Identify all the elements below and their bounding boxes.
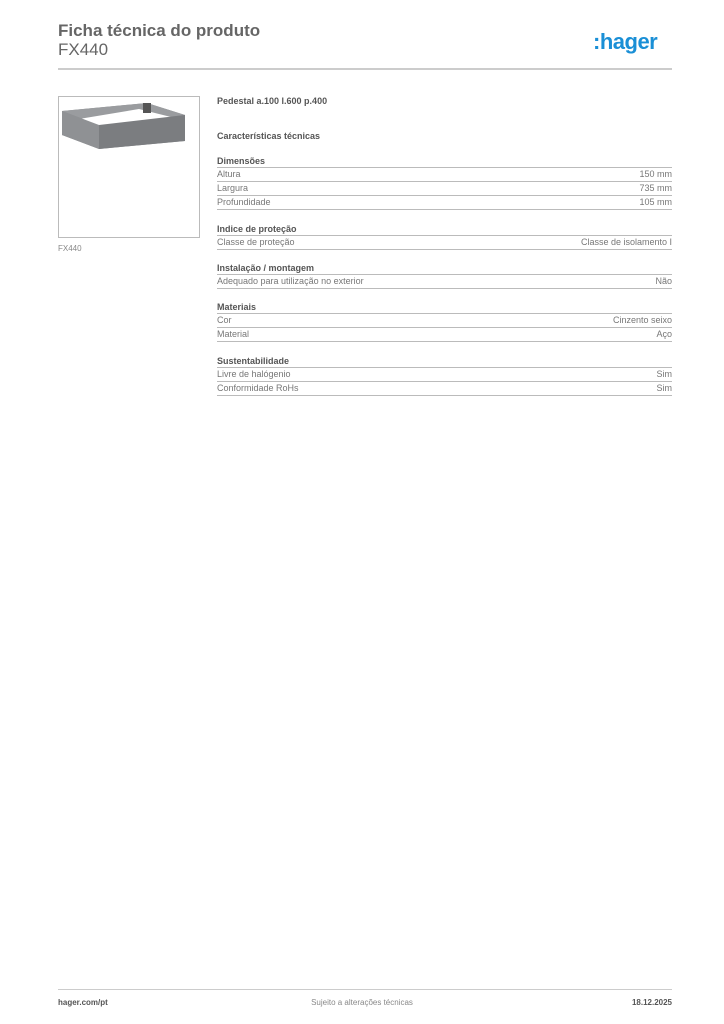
spec-group-protection: Indice de proteção Classe de proteçãoCla… xyxy=(217,223,672,250)
spec-row: Largura735 mm xyxy=(217,182,672,196)
footer-divider xyxy=(58,989,672,990)
spec-row: Classe de proteçãoClasse de isolamento I xyxy=(217,236,672,250)
group-title: Instalação / montagem xyxy=(217,262,672,275)
hager-logo: :hager xyxy=(593,29,657,55)
product-code: FX440 xyxy=(58,40,108,60)
footer-date: 18.12.2025 xyxy=(632,998,672,1007)
pedestal-image-icon xyxy=(59,97,199,237)
spec-row: Adequado para utilização no exteriorNão xyxy=(217,275,672,289)
spec-row: Livre de halógenioSim xyxy=(217,368,672,382)
spec-row: CorCinzento seixo xyxy=(217,314,672,328)
spec-group-installation: Instalação / montagem Adequado para util… xyxy=(217,262,672,289)
spec-section-title: Características técnicas xyxy=(217,131,320,141)
spec-row: MaterialAço xyxy=(217,328,672,342)
spec-row: Altura150 mm xyxy=(217,168,672,182)
header-divider xyxy=(58,68,672,70)
spec-group-dimensions: Dimensões Altura150 mm Largura735 mm Pro… xyxy=(217,155,672,210)
spec-row: Profundidade105 mm xyxy=(217,196,672,210)
page-title: Ficha técnica do produto xyxy=(58,21,260,41)
group-title: Indice de proteção xyxy=(217,223,672,236)
group-title: Materiais xyxy=(217,301,672,314)
group-title: Sustentabilidade xyxy=(217,355,672,368)
product-name: Pedestal a.100 l.600 p.400 xyxy=(217,96,327,106)
product-image xyxy=(58,96,200,238)
image-caption: FX440 xyxy=(58,244,82,253)
spec-group-sustainability: Sustentabilidade Livre de halógenioSim C… xyxy=(217,355,672,396)
spec-row: Conformidade RoHsSim xyxy=(217,382,672,396)
footer-notice: Sujeito a alterações técnicas xyxy=(0,998,724,1007)
group-title: Dimensões xyxy=(217,155,672,168)
spec-group-materials: Materiais CorCinzento seixo MaterialAço xyxy=(217,301,672,342)
